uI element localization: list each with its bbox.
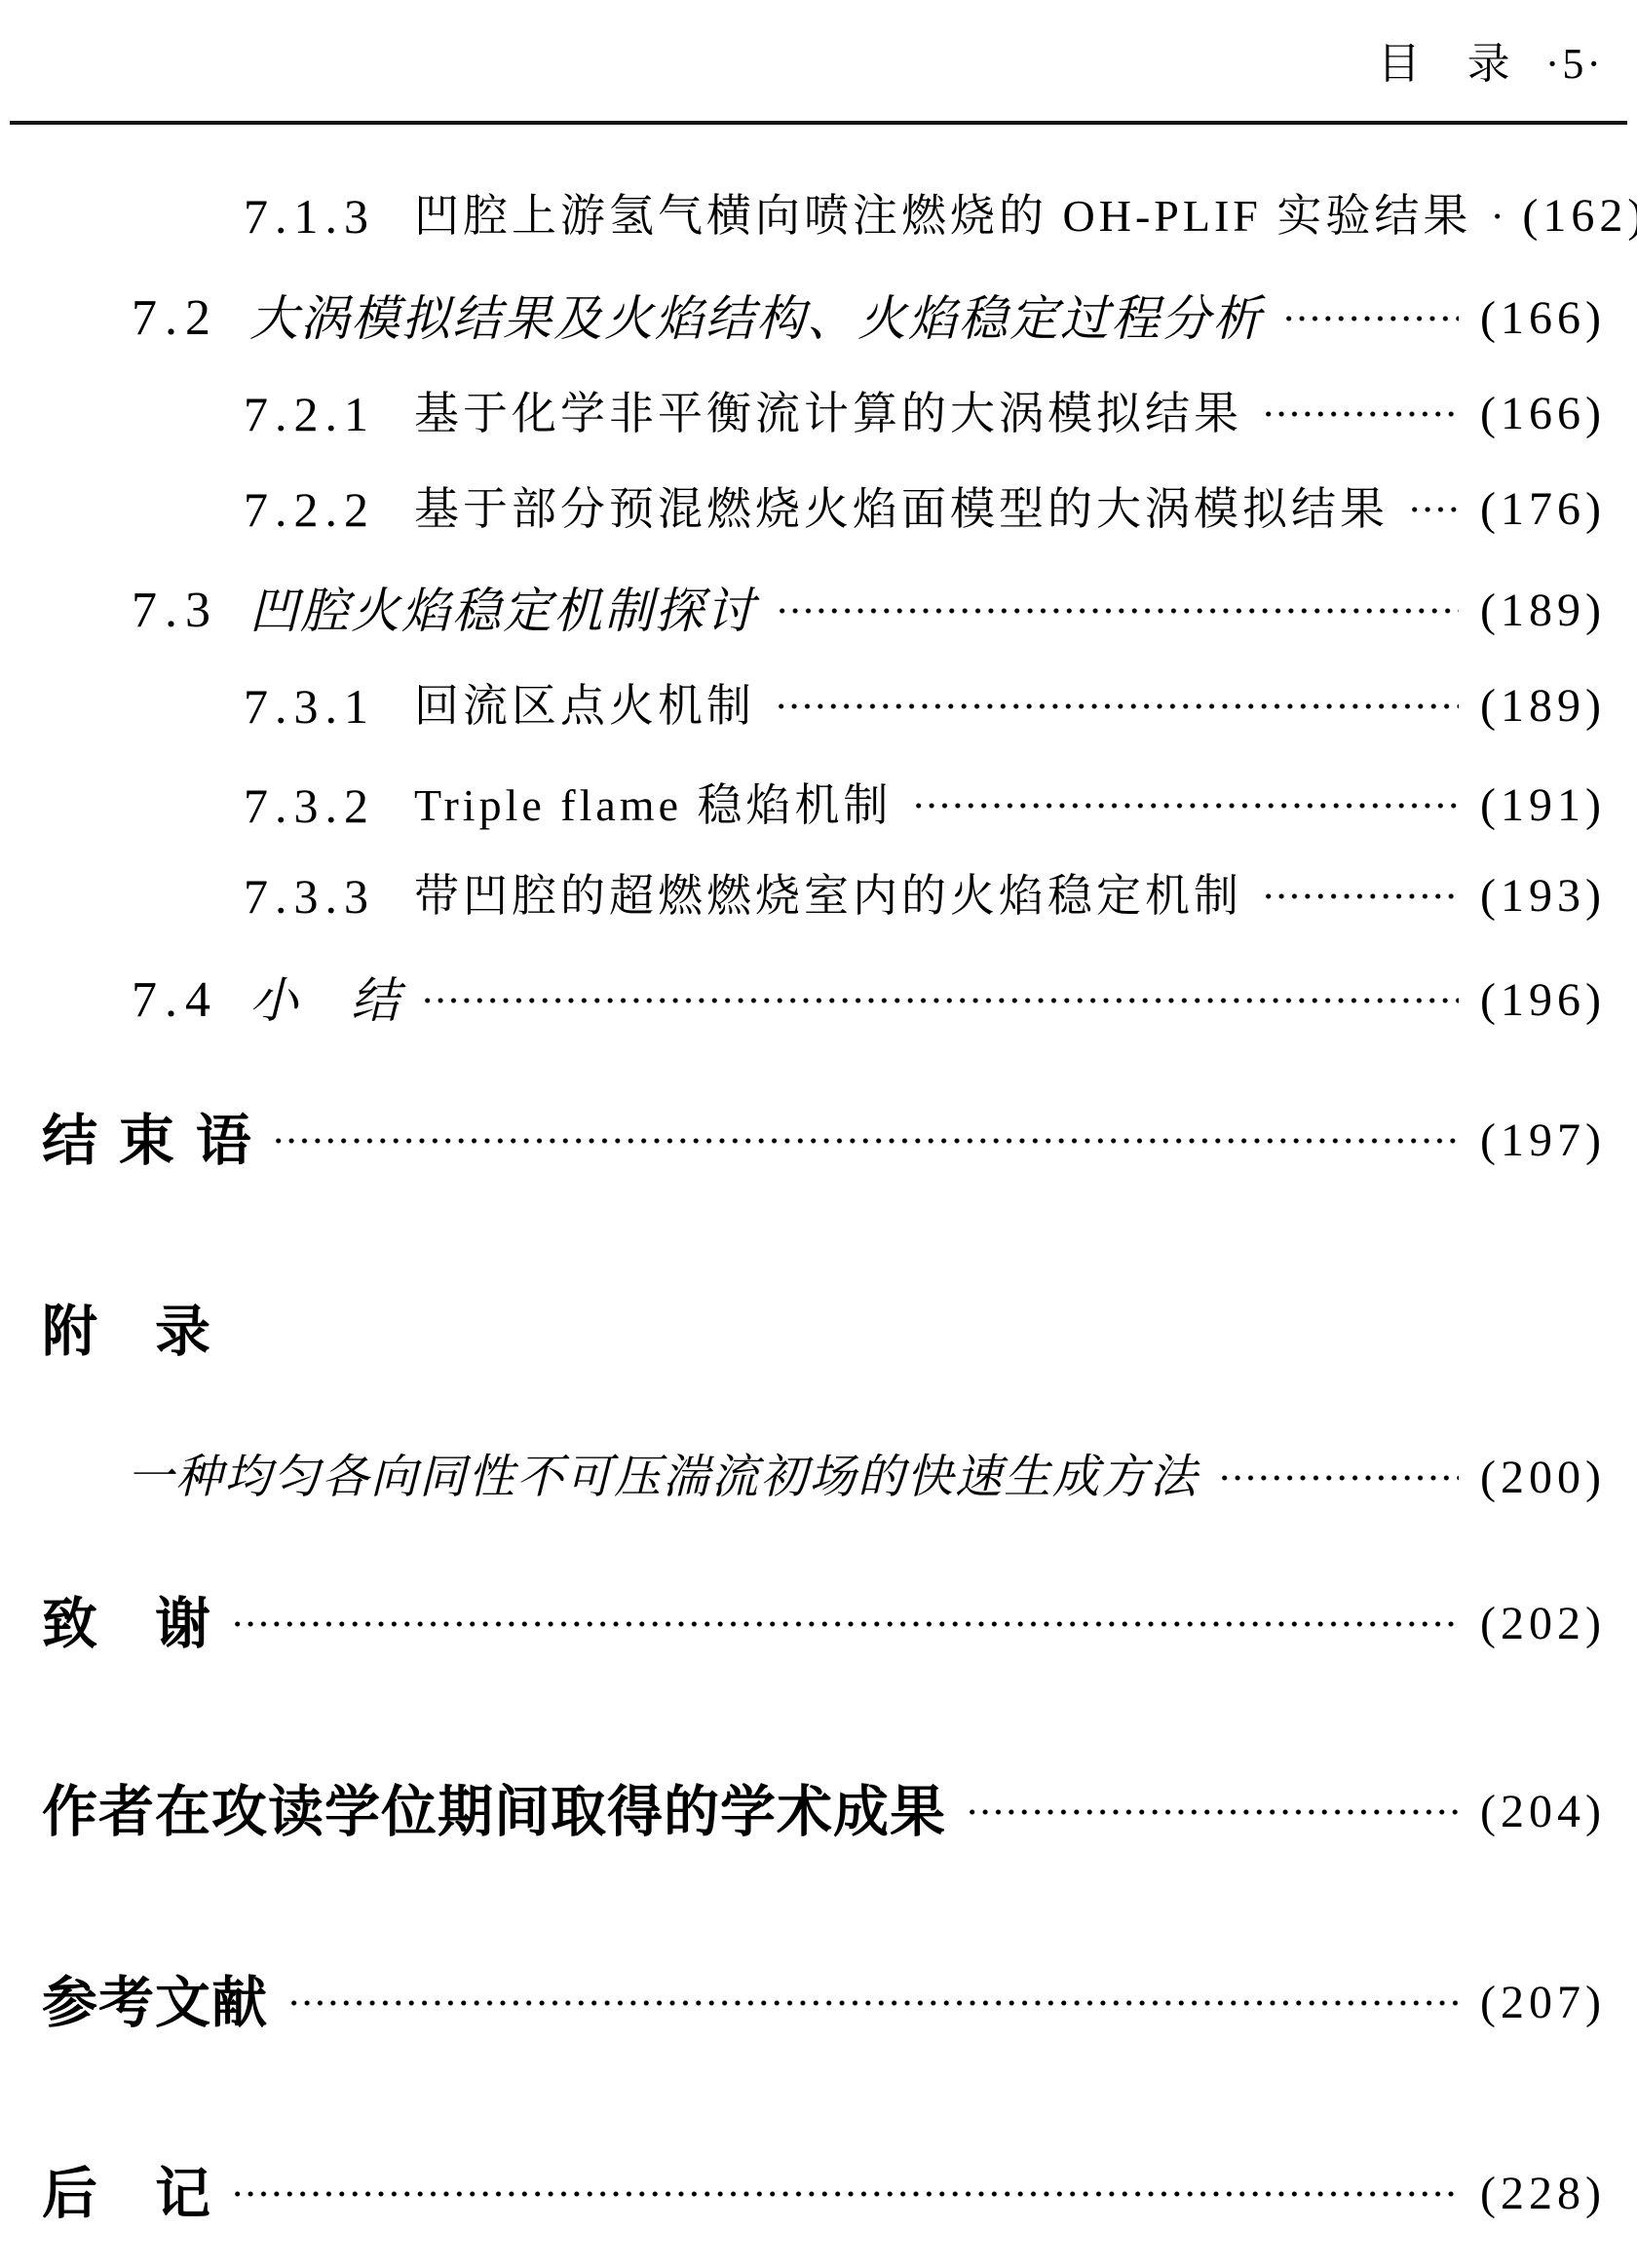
toc-entry-number: 7.3.3	[244, 872, 375, 921]
toc-entry-page: (200)	[1480, 1455, 1606, 1501]
toc-entry-number: 7.3.2	[244, 781, 375, 830]
toc-entry-page: (204)	[1480, 1789, 1606, 1835]
dot-leader	[966, 1773, 1459, 1851]
toc-entry: 7.3.1 回流区点火机制 (189)	[244, 672, 1606, 740]
toc-entry: 7.2 大涡模拟结果及火焰结构、火焰稳定过程分析 (166)	[132, 284, 1606, 353]
header-page-marker: ·5·	[1545, 43, 1604, 86]
toc-heading-title: 附 录	[42, 1304, 211, 1360]
header-rule	[10, 121, 1627, 125]
dot-leader	[1218, 1444, 1459, 1512]
toc-entry-page: (191)	[1480, 782, 1606, 829]
toc-entry: 7.4 小 结 (196)	[132, 966, 1606, 1035]
dot-leader	[231, 2155, 1459, 2233]
toc-entry-number: 7.3.1	[244, 682, 375, 731]
toc-heading: 附 录	[42, 1293, 1606, 1371]
toc-entry-page: (166)	[1480, 391, 1606, 437]
toc-heading-title: 作者在攻读学位期间取得的学术成果	[42, 1785, 946, 1840]
toc-entry-title: 带凹腔的超燃燃烧室内的火焰稳定机制	[414, 874, 1242, 919]
toc-entry-title: 基于化学非平衡流计算的大涡模拟结果	[414, 392, 1242, 436]
toc-entry-page: (189)	[1480, 683, 1606, 730]
toc-heading-title: 参考文献	[42, 1976, 268, 2031]
toc-heading: 后 记 (228)	[42, 2155, 1606, 2233]
toc-entry-title: 基于部分预混燃烧火焰面模型的大涡模拟结果	[414, 487, 1389, 532]
toc-entry-title: 大涡模拟结果及火焰结构、火焰稳定过程分析	[249, 294, 1263, 343]
toc-entry-number: 7.1.3	[244, 192, 375, 241]
toc-entry-number: 7.4	[132, 975, 218, 1026]
toc-entry: 一种均匀各向同性不可压湍流初场的快速生成方法 (200)	[127, 1444, 1606, 1512]
toc-entry-page: (193)	[1480, 873, 1606, 920]
toc-entry: 7.3 凹腔火焰稳定机制探讨 (189)	[132, 577, 1606, 645]
toc-entry-number: 7.3	[132, 586, 218, 636]
toc-entry-title: 小 结	[249, 976, 401, 1025]
toc-entry-page: (202)	[1480, 1601, 1606, 1647]
toc-entry-title: Triple flame 稳焰机制	[414, 783, 893, 828]
toc-entry-page: (196)	[1480, 977, 1606, 1024]
toc-heading: 结 束 语 (197)	[42, 1102, 1606, 1180]
toc-heading-title: 致 谢	[42, 1597, 211, 1652]
toc-entry-title: 凹腔上游氢气横向喷注燃烧的 OH-PLIF 实验结果	[414, 194, 1471, 239]
dot-leader	[1282, 284, 1459, 353]
dot-leader	[421, 966, 1459, 1035]
toc-entry-title: 凹腔火焰稳定机制探讨	[249, 586, 756, 635]
toc-entry-number: 7.2.1	[244, 390, 375, 438]
toc-heading: 参考文献 (207)	[42, 1964, 1606, 2042]
dot-leader	[1262, 380, 1459, 448]
toc-entry-number: 7.2.2	[244, 485, 375, 534]
dot-leader	[1491, 182, 1501, 250]
toc-entry-page: (189)	[1480, 587, 1606, 634]
dot-leader	[1408, 475, 1459, 544]
toc-entry-title: 回流区点火机制	[414, 684, 755, 729]
toc-entry-number: 7.2	[132, 293, 218, 344]
toc-entry: 7.2.1 基于化学非平衡流计算的大涡模拟结果 (166)	[244, 380, 1606, 448]
dot-leader	[272, 1102, 1459, 1180]
toc-entry-page: (176)	[1480, 486, 1606, 533]
toc-entry-page: (166)	[1480, 295, 1606, 342]
toc-entry-title: 一种均匀各向同性不可压湍流初场的快速生成方法	[127, 1455, 1199, 1501]
dot-leader	[287, 1964, 1459, 2042]
toc-heading: 致 谢 (202)	[42, 1585, 1606, 1663]
toc-entry: 7.3.3 带凹腔的超燃燃烧室内的火焰稳定机制 (193)	[244, 862, 1606, 930]
toc-heading: 作者在攻读学位期间取得的学术成果 (204)	[42, 1773, 1606, 1851]
toc-entry: 7.2.2 基于部分预混燃烧火焰面模型的大涡模拟结果 (176)	[244, 475, 1606, 544]
page-header: 目 录 ·5·	[1378, 43, 1604, 86]
toc-entry: 7.1.3 凹腔上游氢气横向喷注燃烧的 OH-PLIF 实验结果 (162)	[244, 182, 1606, 250]
toc-entry-page: (162)	[1522, 193, 1637, 240]
toc-entry-page: (228)	[1480, 2171, 1606, 2217]
toc-entry: 7.3.2 Triple flame 稳焰机制 (191)	[244, 772, 1606, 840]
dot-leader	[912, 772, 1460, 840]
header-title: 目 录	[1378, 43, 1512, 86]
dot-leader	[231, 1585, 1459, 1663]
dot-leader	[775, 672, 1459, 740]
dot-leader	[776, 577, 1459, 645]
toc-page: 目 录 ·5· 7.1.3 凹腔上游氢气横向喷注燃烧的 OH-PLIF 实验结果…	[0, 0, 1637, 2268]
toc-entry-page: (207)	[1480, 1980, 1606, 2026]
toc-heading-title: 结 束 语	[42, 1114, 252, 1169]
dot-leader	[1262, 862, 1459, 930]
toc-entry-page: (197)	[1480, 1117, 1606, 1164]
toc-heading-title: 后 记	[42, 2167, 211, 2222]
